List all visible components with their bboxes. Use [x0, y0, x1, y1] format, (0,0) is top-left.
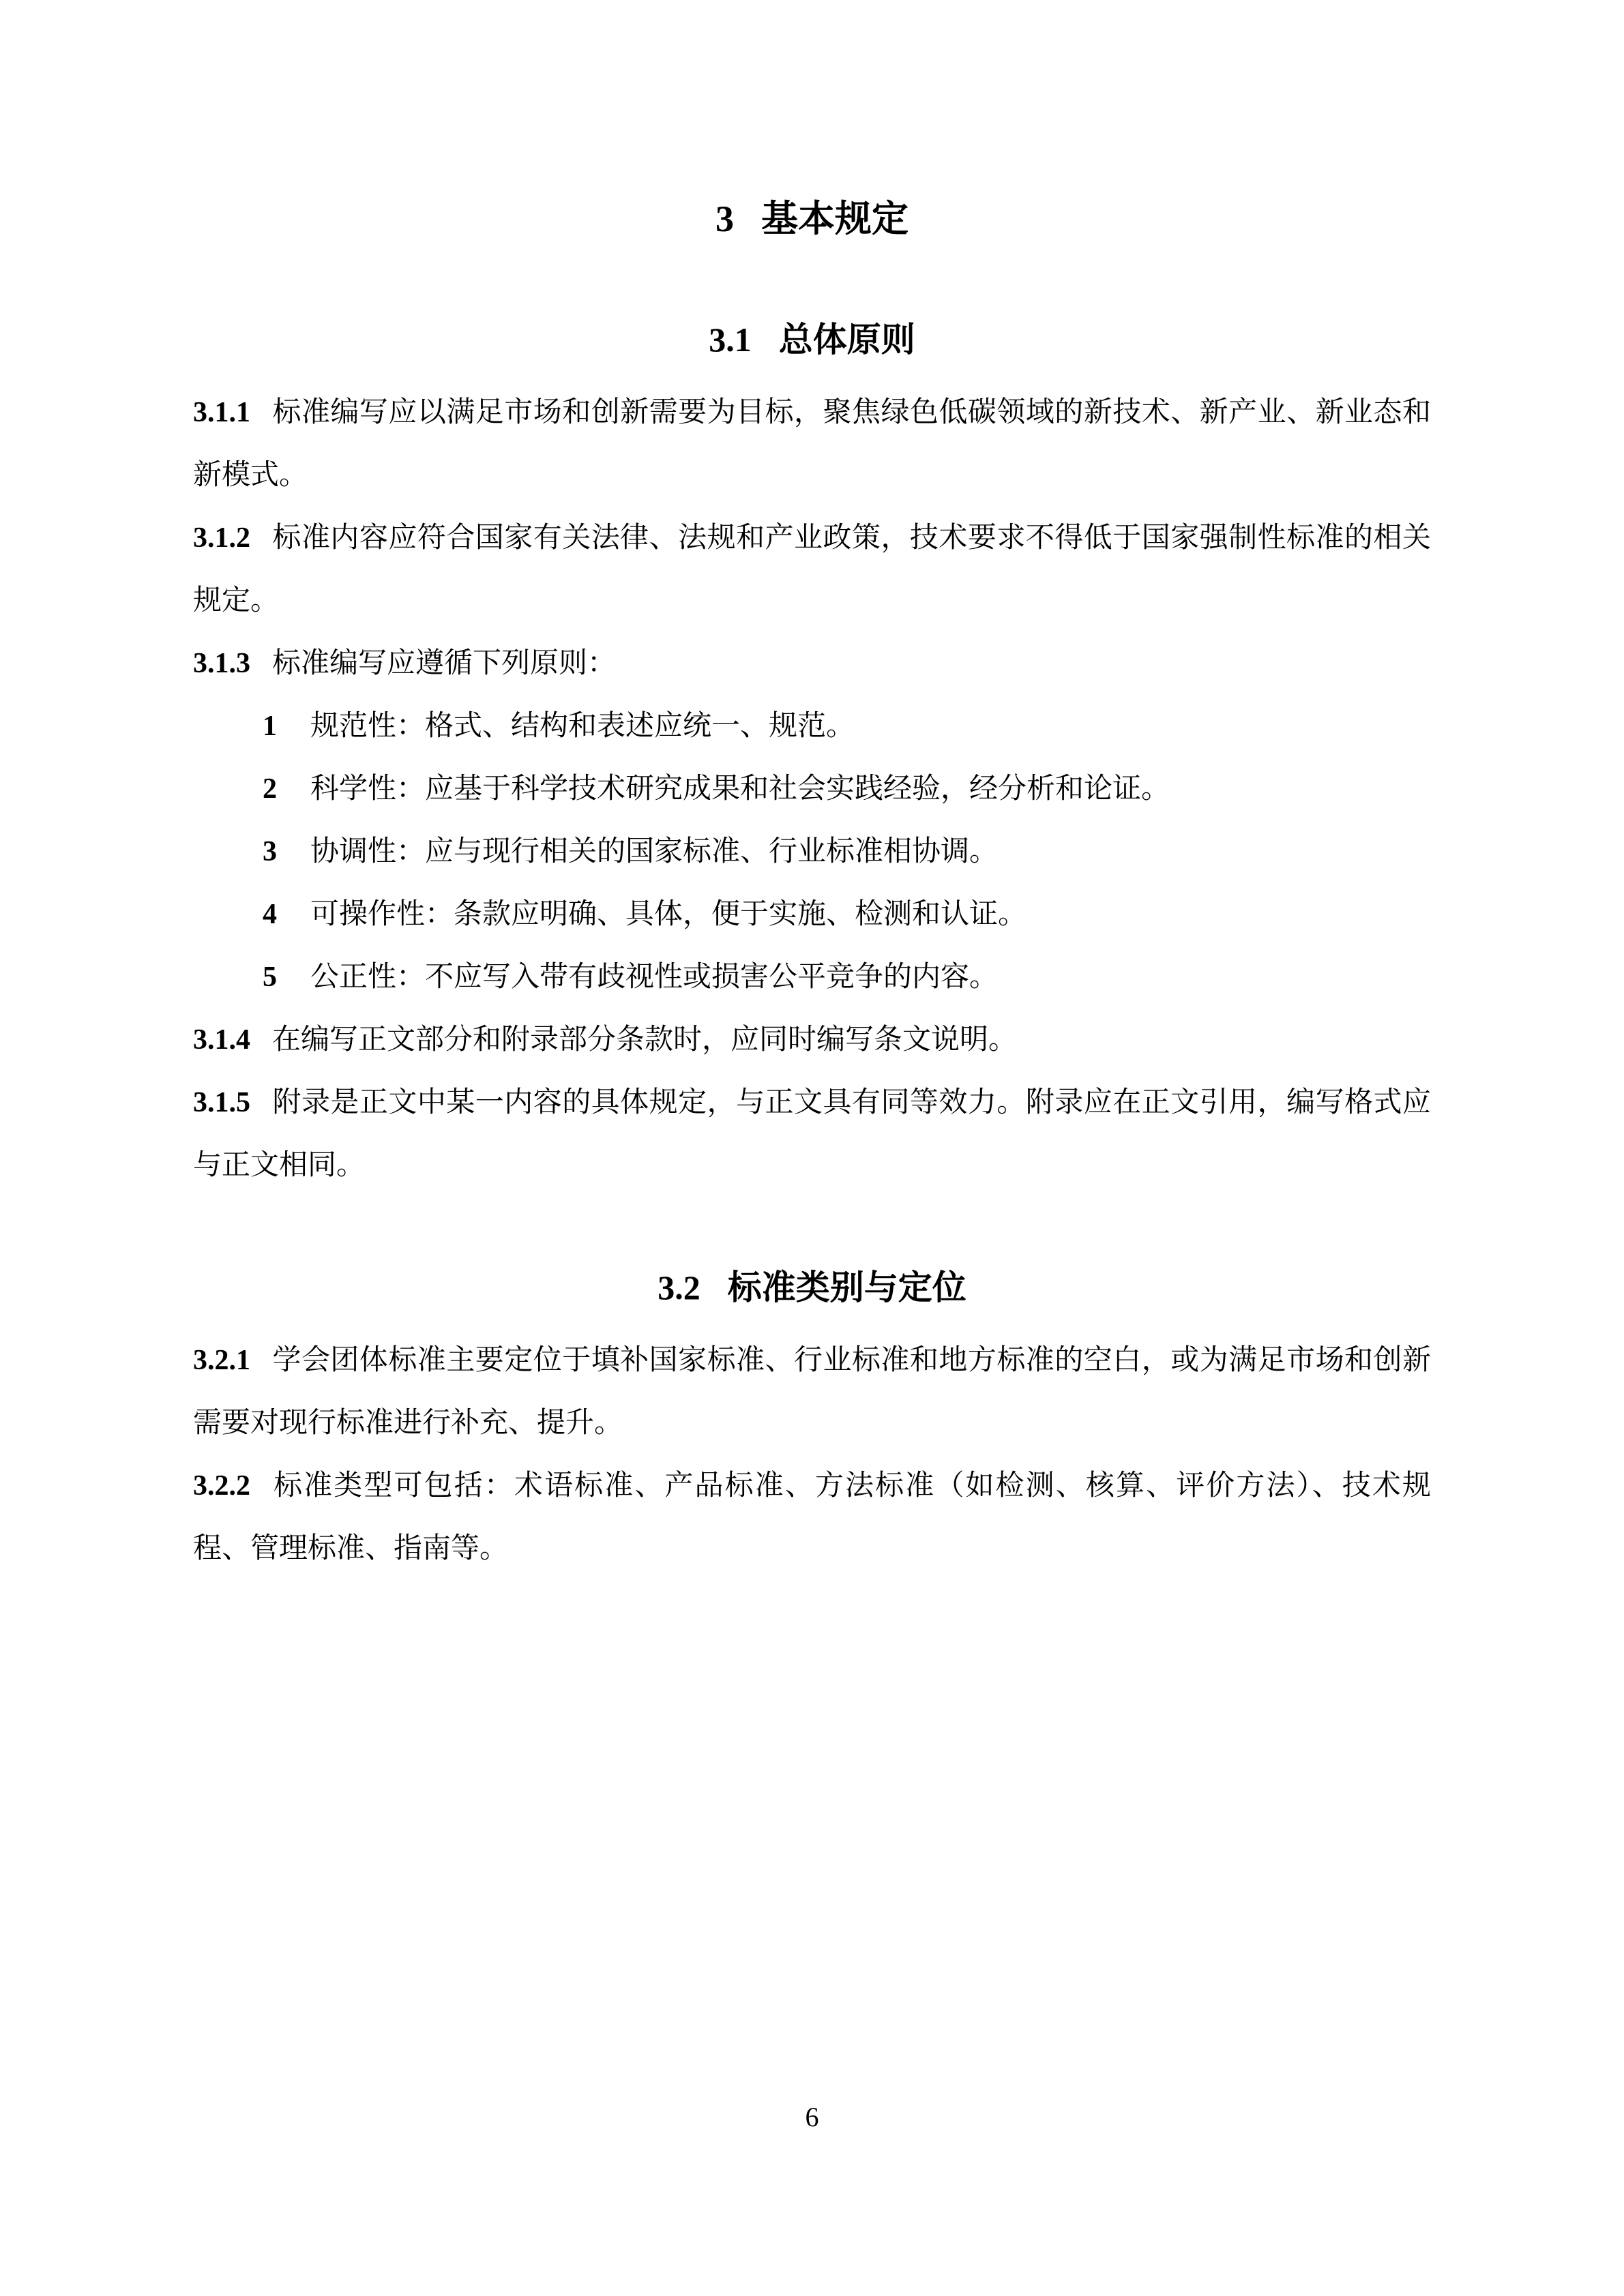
section-title-3-1: 3.1总体原则: [0, 317, 1624, 362]
clause-number: 3.1.2: [193, 522, 250, 554]
clause-3-1-2: 3.1.2标准内容应符合国家有关法律、法规和产业政策，技术要求不得低于国家强制性…: [193, 507, 1431, 632]
item-number: 3: [263, 820, 310, 883]
section-number: 3.1: [709, 320, 752, 359]
document-page: 3基本规定 3.1总体原则 3.1.1标准编写应以满足市场和创新需要为目标，聚焦…: [0, 0, 1624, 2296]
clause-text: 附录是正文中某一内容的具体规定，与正文具有同等效力。附录应在正文引用，编写格式应…: [193, 1087, 1431, 1181]
item-text: 公正性：不应写入带有歧视性或损害公平竞争的内容。: [310, 961, 998, 993]
clause-number: 3.2.1: [193, 1345, 250, 1376]
clause-3-2-1: 3.2.1学会团体标准主要定位于填补国家标准、行业标准和地方标准的空白，或为满足…: [193, 1329, 1431, 1455]
clause-3-1-1: 3.1.1标准编写应以满足市场和创新需要为目标，聚焦绿色低碳领域的新技术、新产业…: [193, 381, 1431, 507]
chapter-title-text: 基本规定: [761, 198, 909, 239]
item-text: 科学性：应基于科学技术研究成果和社会实践经验，经分析和论证。: [310, 773, 1170, 805]
clause-number: 3.1.1: [193, 397, 250, 428]
clause-number: 3.1.5: [193, 1087, 250, 1118]
item-number: 2: [263, 758, 310, 820]
section-title-3-2: 3.2标准类别与定位: [0, 1265, 1624, 1310]
item-text: 规范性：格式、结构和表述应统一、规范。: [310, 711, 855, 742]
list-item: 2科学性：应基于科学技术研究成果和社会实践经验，经分析和论证。: [263, 758, 1422, 820]
section-title-text: 标准类别与定位: [728, 1268, 966, 1307]
list-item: 4可操作性：条款应明确、具体，便于实施、检测和认证。: [263, 883, 1422, 946]
item-number: 1: [263, 695, 310, 758]
clause-3-1-5: 3.1.5附录是正文中某一内容的具体规定，与正文具有同等效力。附录应在正文引用，…: [193, 1071, 1431, 1197]
clause-3-1-4: 3.1.4在编写正文部分和附录部分条款时，应同时编写条文说明。: [193, 1009, 1431, 1071]
clause-number: 3.1.4: [193, 1024, 250, 1056]
clause-text: 标准编写应以满足市场和创新需要为目标，聚焦绿色低碳领域的新技术、新产业、新业态和…: [193, 397, 1431, 491]
section-title-text: 总体原则: [779, 320, 915, 359]
clause-text: 学会团体标准主要定位于填补国家标准、行业标准和地方标准的空白，或为满足市场和创新…: [193, 1345, 1431, 1439]
clause-3-1-3: 3.1.3标准编写应遵循下列原则：: [193, 632, 1431, 695]
list-item: 1规范性：格式、结构和表述应统一、规范。: [263, 695, 1422, 758]
item-number: 4: [263, 883, 310, 946]
clause-text: 标准类型可包括：术语标准、产品标准、方法标准（如检测、核算、评价方法）、技术规程…: [193, 1470, 1431, 1564]
clause-text: 在编写正文部分和附录部分条款时，应同时编写条文说明。: [272, 1024, 1017, 1056]
clause-number: 3.1.3: [193, 648, 250, 679]
section-number: 3.2: [658, 1268, 700, 1307]
clause-3-2-2: 3.2.2标准类型可包括：术语标准、产品标准、方法标准（如检测、核算、评价方法）…: [193, 1455, 1431, 1580]
page-number: 6: [0, 2100, 1624, 2134]
clause-text: 标准内容应符合国家有关法律、法规和产业政策，技术要求不得低于国家强制性标准的相关…: [193, 522, 1431, 616]
clause-number: 3.2.2: [193, 1470, 250, 1502]
chapter-title: 3基本规定: [0, 195, 1624, 243]
chapter-number: 3: [715, 198, 734, 239]
item-number: 5: [263, 946, 310, 1009]
list-item: 5公正性：不应写入带有歧视性或损害公平竞争的内容。: [263, 946, 1422, 1009]
clause-text: 标准编写应遵循下列原则：: [272, 648, 616, 679]
list-item: 3协调性：应与现行相关的国家标准、行业标准相协调。: [263, 820, 1422, 883]
item-text: 可操作性：条款应明确、具体，便于实施、检测和认证。: [310, 899, 1027, 930]
item-text: 协调性：应与现行相关的国家标准、行业标准相协调。: [310, 836, 998, 867]
